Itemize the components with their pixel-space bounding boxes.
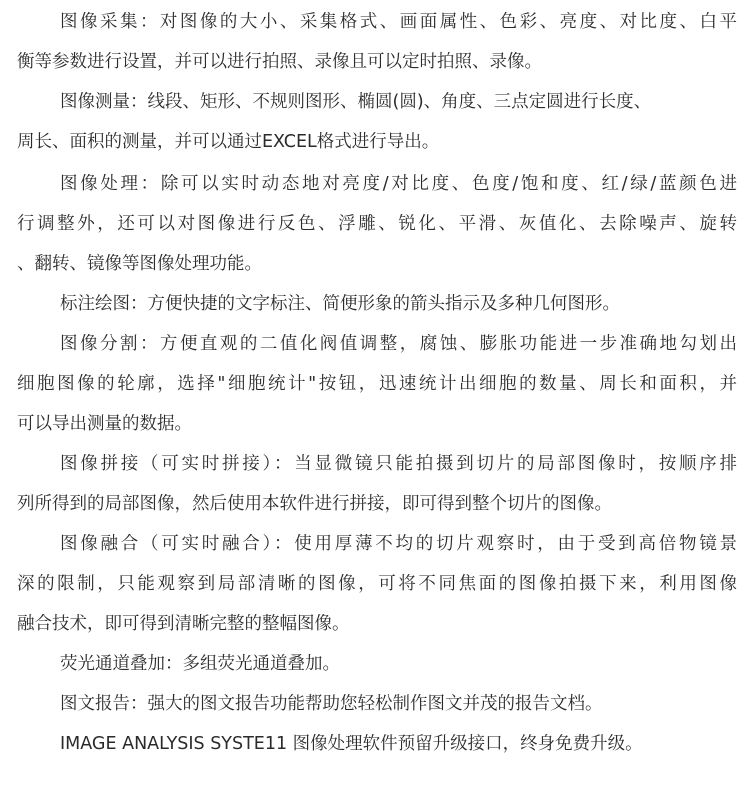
- para-image-acquisition-line-2: 衡等参数进行设置，并可以进行拍照、录像且可以定时拍照、录像。: [17, 42, 542, 82]
- para-image-acquisition-line-1: 图像采集：对图像的大小、采集格式、画面属性、色彩、亮度、对比度、白平: [60, 2, 737, 42]
- para-image-segmentation-line-3: 可以导出测量的数据。: [17, 404, 192, 444]
- para-image-segmentation-line-1: 图像分割：方便直观的二值化阀值调整，腐蚀、膨胀功能进一步准确地勾划出: [60, 324, 737, 364]
- para-image-stitching-line-1: 图像拼接（可实时拼接）：当显微镜只能拍摄到切片的局部图像时，按顺序排: [60, 444, 737, 484]
- para-image-processing-line-2: 行调整外，还可以对图像进行反色、浮雕、锐化、平滑、灰值化、去除噪声、旋转: [17, 204, 737, 244]
- para-image-processing-line-3: 、翻转、镜像等图像处理功能。: [17, 244, 262, 284]
- para-image-measurement-line-2: 周长、面积的测量，并可以通过EXCEL格式进行导出。: [17, 122, 439, 162]
- para-image-measurement-line-1: 图像测量：线段、矩形、不规则图形、椭圆(圆)、角度、三点定圆进行长度、: [60, 82, 651, 122]
- para-image-fusion-line-2: 深的限制，只能观察到局部清晰的图像，可将不同焦面的图像拍摄下来，利用图像: [17, 564, 737, 604]
- para-upgrade-line-1: IMAGE ANALYSIS SYSTE11 图像处理软件预留升级接口，终身免费…: [60, 724, 643, 764]
- para-image-fusion-line-1: 图像融合（可实时融合）：使用厚薄不均的切片观察时，由于受到高倍物镜景: [60, 524, 737, 564]
- para-image-fusion-line-3: 融合技术，即可得到清晰完整的整幅图像。: [17, 604, 350, 644]
- para-annotation-line-1: 标注绘图：方便快捷的文字标注、简便形象的箭头指示及多种几何图形。: [60, 284, 620, 324]
- para-image-processing-line-1: 图像处理：除可以实时动态地对亮度/对比度、色度/饱和度、红/绿/蓝颜色进: [60, 164, 737, 204]
- para-report-line-1: 图文报告：强大的图文报告功能帮助您轻松制作图文并茂的报告文档。: [60, 684, 603, 724]
- para-image-segmentation-line-2: 细胞图像的轮廓，选择"细胞统计"按钮，迅速统计出细胞的数量、周长和面积，并: [17, 364, 737, 404]
- para-fluorescence-line-1: 荧光通道叠加：多组荧光通道叠加。: [60, 644, 340, 684]
- para-image-stitching-line-2: 列所得到的局部图像，然后使用本软件进行拼接，即可得到整个切片的图像。: [17, 484, 612, 524]
